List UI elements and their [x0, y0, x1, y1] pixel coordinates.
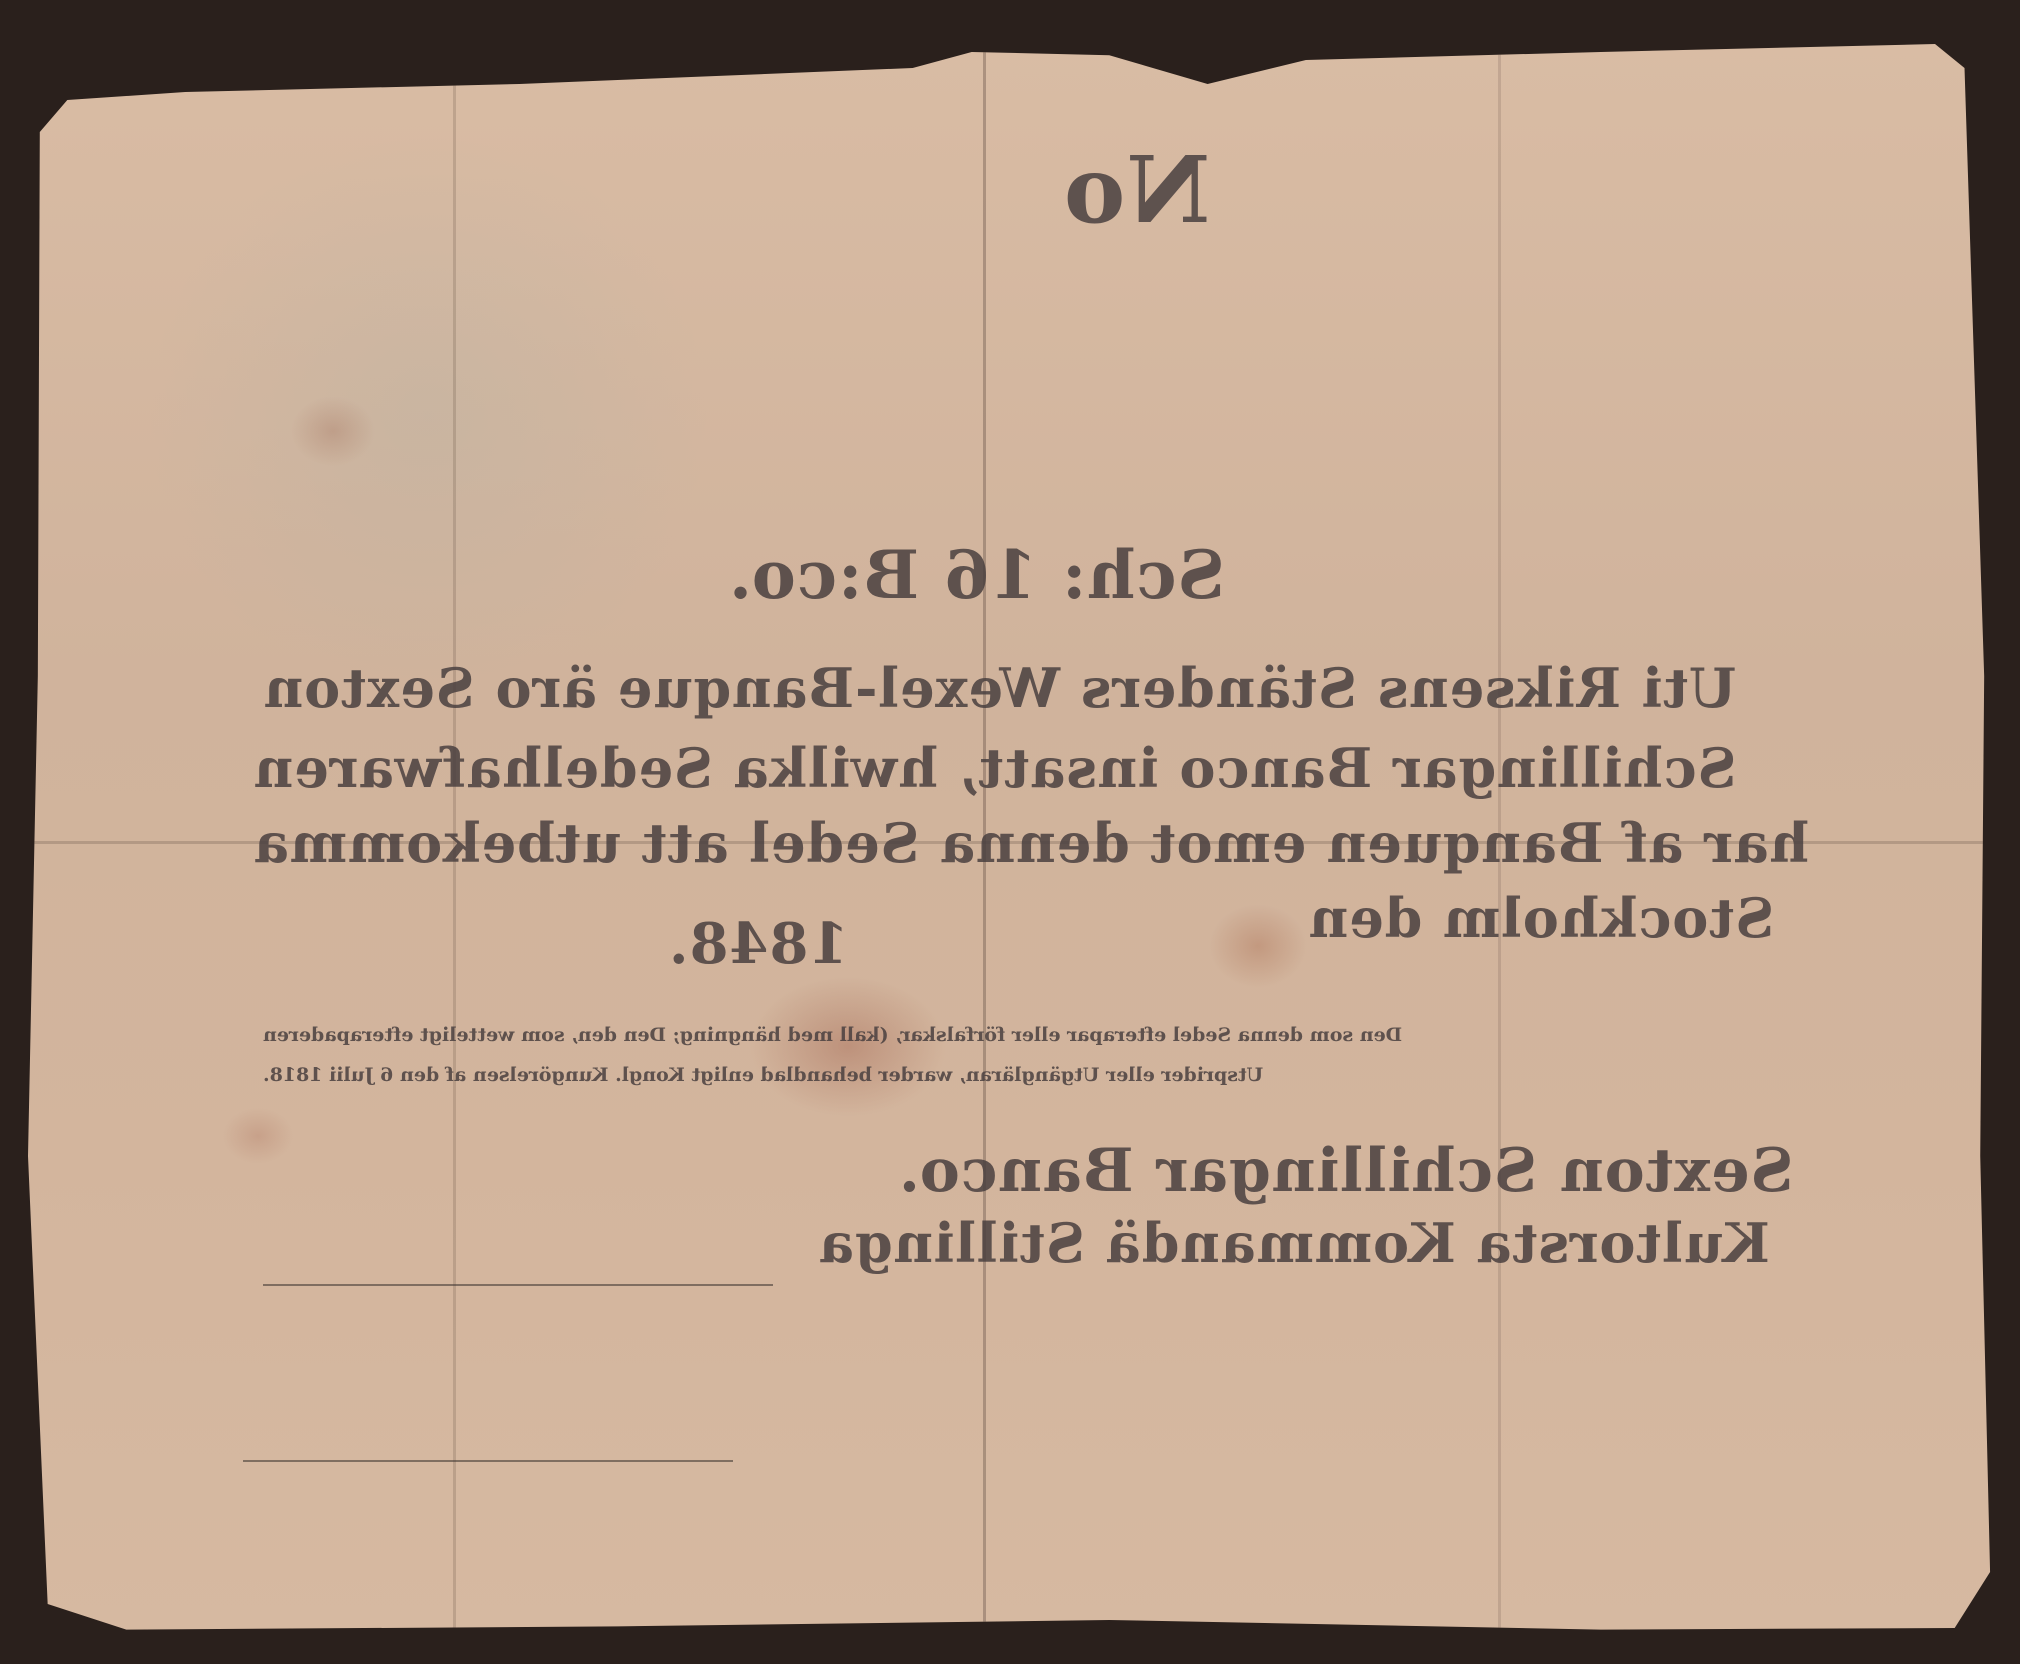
banknote: No Sch: 16 B:co. Uti Riksens Ständers We…: [28, 36, 1994, 1636]
body-line-2: Schillingar Banco insatt, hwilka Sedelha…: [253, 736, 1737, 800]
body-line-4: Stockholm den: [1308, 886, 1774, 950]
amount-words: Sexton Schillingar Banco.: [898, 1136, 1794, 1206]
number-label: No: [1063, 136, 1210, 244]
body-line-3: har af Banquen emot denna Sedel att utbe…: [253, 811, 1809, 875]
body-line-1: Uti Riksens Ständers Wexel-Banque äro Se…: [263, 656, 1737, 720]
signature-line-top: [263, 1284, 773, 1286]
fine-print-2: Utsprider eller Utgängläran, warder beha…: [263, 1064, 1263, 1086]
signature-line-bottom: [243, 1460, 733, 1462]
amount-words-sub: Kultorsta Kommandä Stillinga: [818, 1211, 1770, 1275]
fine-print-1: Den som denna Sedel efterapar eller förf…: [263, 1024, 1402, 1046]
year: 1848.: [668, 911, 848, 977]
denomination-label: Sch: 16 B:co.: [728, 536, 1225, 614]
